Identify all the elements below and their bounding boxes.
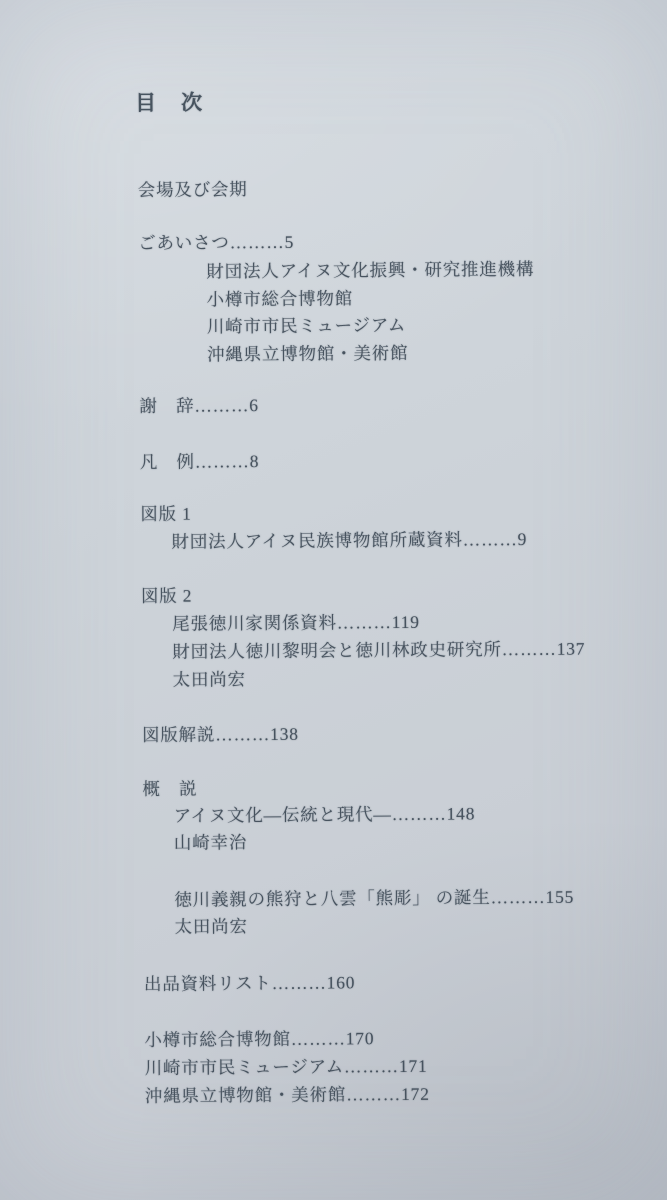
toc-entry: 財団法人アイヌ民族博物館所蔵資料………9 (171, 529, 527, 552)
toc-entry-kawasaki: 川崎市市民ミュージアム………171 (145, 1056, 428, 1078)
toc-author: 太田尚宏 (174, 916, 247, 937)
toc-org: 財団法人アイヌ文化振興・研究推進機構 (206, 259, 534, 282)
toc-heading-plates-1: 図版 1 (140, 504, 191, 524)
toc-org: 川崎市市民ミュージアム (207, 315, 407, 337)
toc-author: 太田尚宏 (173, 669, 246, 690)
toc-heading-plates-2: 図版 2 (141, 586, 192, 606)
toc-author: 山崎幸治 (174, 832, 247, 853)
toc-entry-acknowledgements: 謝 辞………6 (139, 395, 259, 416)
toc-entry-greetings: ごあいさつ………5 (138, 232, 294, 253)
toc-entry-otaru: 小樽市総合博物館………170 (144, 1028, 374, 1050)
toc-entry: 財団法人徳川黎明会と徳川林政史研究所………137 (172, 639, 585, 662)
toc-org: 沖縄県立博物館・美術館 (207, 343, 408, 365)
page-title: 目 次 (135, 90, 204, 115)
toc-entry-okinawa: 沖縄県立博物館・美術館………172 (145, 1084, 430, 1106)
toc-entry-plate-commentary: 図版解説………138 (142, 724, 299, 745)
toc-heading-venue: 会場及び会期 (138, 179, 248, 200)
toc-entry-notes: 凡 例………8 (140, 451, 260, 472)
toc-heading-overview: 概 説 (142, 779, 197, 799)
toc-entry: 尾張徳川家関係資料………119 (172, 612, 420, 634)
toc-org: 小樽市総合博物館 (207, 288, 354, 309)
book-page-photo: 目 次 会場及び会期 ごあいさつ………5 財団法人アイヌ文化振興・研究推進機構 … (0, 0, 667, 1200)
toc-entry: 徳川義親の熊狩と八雲「熊彫」 の誕生………155 (174, 887, 574, 910)
toc-entry: アイヌ文化―伝統と現代―………148 (174, 803, 476, 825)
toc-page: 目 次 会場及び会期 ごあいさつ………5 財団法人アイヌ文化振興・研究推進機構 … (0, 0, 667, 1200)
toc-entry-exhibit-list: 出品資料リスト………160 (144, 972, 355, 994)
